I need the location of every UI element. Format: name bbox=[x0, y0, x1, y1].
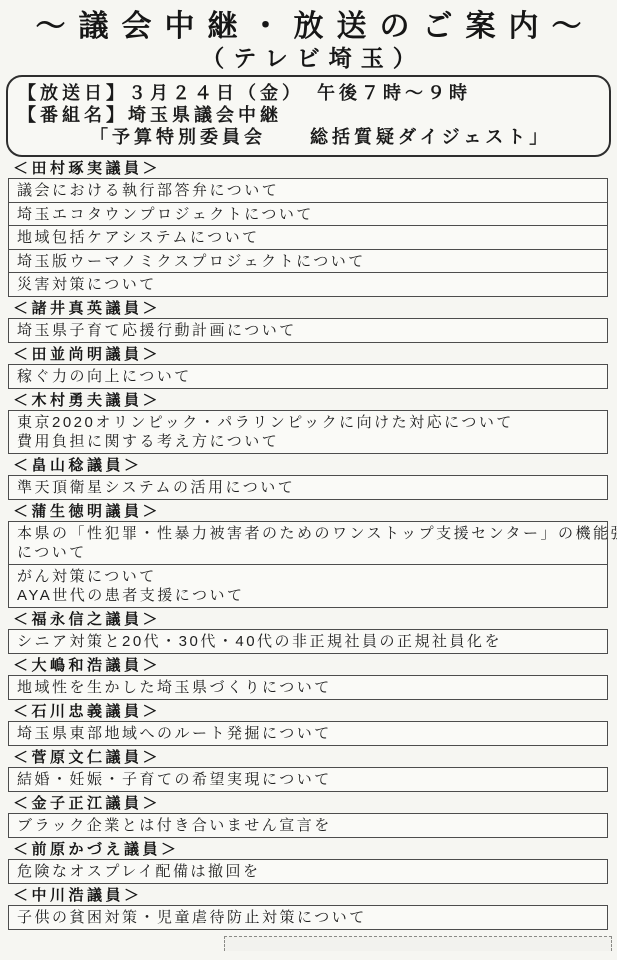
topic-text: 地域包括ケアシステムについて bbox=[17, 228, 599, 247]
legislator-name: ＜大嶋和浩議員＞ bbox=[13, 658, 610, 673]
topic-text: 費用負担に関する考え方について bbox=[17, 432, 599, 451]
topic-box: 埼玉県子育て応援行動計画について bbox=[8, 318, 608, 343]
legislator-section: ＜中川浩議員＞子供の貧困対策・児童虐待防止対策について bbox=[8, 888, 610, 930]
topic-text: 埼玉県東部地域へのルート発掘について bbox=[17, 724, 599, 743]
topic-box: 埼玉版ウーマノミクスプロジェクトについて bbox=[8, 249, 608, 274]
topic-text: について bbox=[17, 543, 599, 562]
legislator-name: ＜畠山稔議員＞ bbox=[13, 458, 610, 473]
topic-text: 結婚・妊娠・子育ての希望実現について bbox=[17, 770, 599, 789]
legislator-section: ＜田村琢実議員＞議会における執行部答弁について埼玉エコタウンプロジェクトについて… bbox=[8, 161, 610, 297]
topic-box: 結婚・妊娠・子育ての希望実現について bbox=[8, 767, 608, 792]
topic-text: がん対策について bbox=[17, 567, 599, 586]
topic-text: 埼玉版ウーマノミクスプロジェクトについて bbox=[17, 252, 599, 271]
legislator-name: ＜諸井真英議員＞ bbox=[13, 301, 610, 316]
topic-box: 地域包括ケアシステムについて bbox=[8, 225, 608, 250]
topic-box: 子供の貧困対策・児童虐待防止対策について bbox=[8, 905, 608, 930]
legislator-section: ＜畠山稔議員＞準天頂衛星システムの活用について bbox=[8, 458, 610, 500]
topic-text: 稼ぐ力の向上について bbox=[17, 367, 599, 386]
partial-cropped-box bbox=[224, 936, 612, 951]
topic-text: 災害対策について bbox=[17, 275, 599, 294]
program-name-label: 【番組名】 bbox=[18, 105, 128, 125]
page-title: ～議会中継・放送のご案内～ bbox=[0, 8, 617, 45]
topic-box: 本県の「性犯罪・性暴力被害者のためのワンストップ支援センター」の機能強化について bbox=[8, 521, 608, 565]
topic-box: ブラック企業とは付き合いません宣言を bbox=[8, 813, 608, 838]
topic-box: 災害対策について bbox=[8, 272, 608, 297]
broadcast-date-label: 【放送日】 bbox=[18, 83, 128, 103]
topic-box: 埼玉エコタウンプロジェクトについて bbox=[8, 202, 608, 227]
topic-box: 地域性を生かした埼玉県づくりについて bbox=[8, 675, 608, 700]
topic-text: 子供の貧困対策・児童虐待防止対策について bbox=[17, 908, 599, 927]
legislator-section: ＜菅原文仁議員＞結婚・妊娠・子育ての希望実現について bbox=[8, 750, 610, 792]
legislator-name: ＜田村琢実議員＞ bbox=[13, 161, 610, 176]
topic-text: 地域性を生かした埼玉県づくりについて bbox=[17, 678, 599, 697]
legislator-section: ＜福永信之議員＞シニア対策と20代・30代・40代の非正規社員の正規社員化を bbox=[8, 612, 610, 654]
topic-box: 危険なオスプレイ配備は撤回を bbox=[8, 859, 608, 884]
topic-text: 埼玉エコタウンプロジェクトについて bbox=[17, 205, 599, 224]
topic-box: 埼玉県東部地域へのルート発掘について bbox=[8, 721, 608, 746]
topic-box: 東京2020オリンピック・パラリンピックに向けた対応について費用負担に関する考え… bbox=[8, 410, 608, 454]
legislator-name: ＜菅原文仁議員＞ bbox=[13, 750, 610, 765]
topic-text: 準天頂衛星システムの活用について bbox=[17, 478, 599, 497]
topic-box: がん対策についてAYA世代の患者支援について bbox=[8, 564, 608, 608]
scanned-document-page: ～議会中継・放送のご案内～ （テレビ埼玉） 【放送日】３月２４日（金） 午後７時… bbox=[0, 0, 617, 960]
program-subtitle: 「予算特別委員会 総括質疑ダイジェスト」 bbox=[18, 126, 603, 148]
topic-box: 議会における執行部答弁について bbox=[8, 178, 608, 203]
page-subtitle: （テレビ埼玉） bbox=[0, 45, 617, 71]
program-name-line: 【番組名】埼玉県議会中継 bbox=[18, 104, 603, 126]
legislator-section: ＜木村勇夫議員＞東京2020オリンピック・パラリンピックに向けた対応について費用… bbox=[8, 393, 610, 454]
legislator-name: ＜石川忠義議員＞ bbox=[13, 704, 610, 719]
topic-text: シニア対策と20代・30代・40代の非正規社員の正規社員化を bbox=[17, 632, 599, 651]
legislator-name: ＜木村勇夫議員＞ bbox=[13, 393, 610, 408]
topic-text: 危険なオスプレイ配備は撤回を bbox=[17, 862, 599, 881]
broadcast-date-line: 【放送日】３月２４日（金） 午後７時～９時 bbox=[18, 82, 603, 104]
legislator-section: ＜田並尚明議員＞稼ぐ力の向上について bbox=[8, 347, 610, 389]
topic-box: シニア対策と20代・30代・40代の非正規社員の正規社員化を bbox=[8, 629, 608, 654]
broadcast-date-value: ３月２４日（金） 午後７時～９時 bbox=[128, 83, 471, 103]
legislator-name: ＜金子正江議員＞ bbox=[13, 796, 610, 811]
legislator-name: ＜蒲生徳明議員＞ bbox=[13, 504, 610, 519]
legislator-name: ＜福永信之議員＞ bbox=[13, 612, 610, 627]
legislator-section: ＜蒲生徳明議員＞本県の「性犯罪・性暴力被害者のためのワンストップ支援センター」の… bbox=[8, 504, 610, 608]
legislator-section: ＜金子正江議員＞ブラック企業とは付き合いません宣言を bbox=[8, 796, 610, 838]
topic-box: 準天頂衛星システムの活用について bbox=[8, 475, 608, 500]
topic-text: 本県の「性犯罪・性暴力被害者のためのワンストップ支援センター」の機能強化 bbox=[17, 524, 599, 543]
legislator-name: ＜田並尚明議員＞ bbox=[13, 347, 610, 362]
legislator-name: ＜前原かづえ議員＞ bbox=[13, 842, 610, 857]
legislator-sections-container: ＜田村琢実議員＞議会における執行部答弁について埼玉エコタウンプロジェクトについて… bbox=[8, 161, 610, 930]
legislator-name: ＜中川浩議員＞ bbox=[13, 888, 610, 903]
legislator-section: ＜大嶋和浩議員＞地域性を生かした埼玉県づくりについて bbox=[8, 658, 610, 700]
broadcast-info-box: 【放送日】３月２４日（金） 午後７時～９時 【番組名】埼玉県議会中継 「予算特別… bbox=[6, 75, 611, 157]
legislator-section: ＜諸井真英議員＞埼玉県子育て応援行動計画について bbox=[8, 301, 610, 343]
legislator-section: ＜石川忠義議員＞埼玉県東部地域へのルート発掘について bbox=[8, 704, 610, 746]
legislator-section: ＜前原かづえ議員＞危険なオスプレイ配備は撤回を bbox=[8, 842, 610, 884]
topic-text: AYA世代の患者支援について bbox=[17, 586, 599, 605]
topic-text: ブラック企業とは付き合いません宣言を bbox=[17, 816, 599, 835]
topic-text: 東京2020オリンピック・パラリンピックに向けた対応について bbox=[17, 413, 599, 432]
topic-text: 議会における執行部答弁について bbox=[17, 181, 599, 200]
topic-text: 埼玉県子育て応援行動計画について bbox=[17, 321, 599, 340]
program-name-value: 埼玉県議会中継 bbox=[128, 105, 282, 125]
topic-box: 稼ぐ力の向上について bbox=[8, 364, 608, 389]
